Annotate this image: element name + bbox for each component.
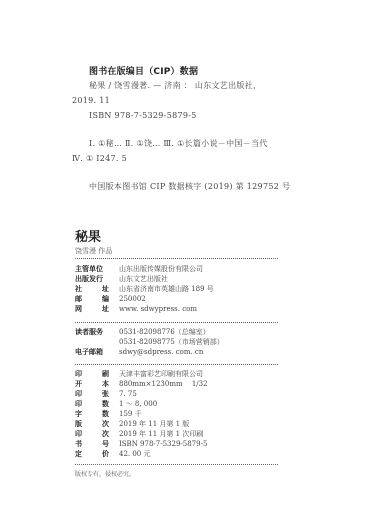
info-value: 250002 xyxy=(119,295,146,304)
info-label: 定价 xyxy=(75,450,109,459)
info-value: 1 ～ 8, 000 xyxy=(119,400,157,409)
info-value: sdwy@sdpress. com. cn xyxy=(119,348,203,357)
divider xyxy=(75,322,278,323)
info-label: 版次 xyxy=(75,420,109,429)
info-label xyxy=(75,338,109,347)
info-value: 天津丰富彩艺印刷有限公司 xyxy=(119,370,203,379)
info-row: 网址 www. sdwypress. com xyxy=(75,305,197,314)
info-label: 读者服务 xyxy=(75,328,109,337)
info-label: 出版发行 xyxy=(75,275,109,284)
info-row: 出版发行 山东文艺出版社 xyxy=(75,275,168,284)
info-row: 版次 2019 年 11 月第 1 版 xyxy=(75,420,189,429)
cip-line-1: 秘果 / 饶雪漫著. — 济南 ： 山东文艺出版社， xyxy=(89,80,261,91)
book-author: 饶雪漫 作品 xyxy=(75,246,112,256)
info-label: 书号 xyxy=(75,440,109,449)
info-value: 山东出版传媒股份有限公司 xyxy=(119,265,203,274)
cip-heading: 图书在版编目（CIP）数据 xyxy=(89,64,198,77)
cip-record-number: 中国版本图书馆 CIP 数据核字 (2019) 第 129752 号 xyxy=(89,181,290,192)
info-value: 2019 年 11 月第 1 版 xyxy=(119,420,189,429)
info-label: 印刷 xyxy=(75,370,109,379)
info-label: 印张 xyxy=(75,390,109,399)
info-row: 印数 1 ～ 8, 000 xyxy=(75,400,157,409)
info-label: 印次 xyxy=(75,430,109,439)
info-value: 0531-82098775（市场营销部） xyxy=(119,338,224,347)
info-row: 印刷 天津丰富彩艺印刷有限公司 xyxy=(75,370,203,379)
info-value: 山东省济南市英雄山路 189 号 xyxy=(119,285,214,294)
info-row: 主管单位 山东出版传媒股份有限公司 xyxy=(75,265,203,274)
info-row: 0531-82098775（市场营销部） xyxy=(75,338,224,347)
info-label: 印数 xyxy=(75,400,109,409)
info-row: 字数 159 千 xyxy=(75,410,142,419)
copyright-notice: 版权专有，侵权必究。 xyxy=(75,469,135,478)
info-row: 电子邮箱 sdwy@sdpress. com. cn xyxy=(75,348,203,357)
info-value: 42. 00 元 xyxy=(119,450,151,459)
divider xyxy=(75,464,278,465)
info-value: 159 千 xyxy=(119,410,142,419)
info-label: 电子邮箱 xyxy=(75,348,109,357)
info-label: 字数 xyxy=(75,410,109,419)
cip-line-2: 2019. 11 xyxy=(72,96,110,105)
book-title: 秘果 xyxy=(75,226,101,245)
info-label: 邮编 xyxy=(75,295,109,304)
info-row: 邮编 250002 xyxy=(75,295,146,304)
info-row: 印张 7. 75 xyxy=(75,390,137,399)
info-label: 开本 xyxy=(75,380,109,389)
info-value: 0531-82098776（总编室） xyxy=(119,328,210,337)
info-row: 读者服务 0531-82098776（总编室） xyxy=(75,328,210,337)
info-label: 网址 xyxy=(75,305,109,314)
cip-classification-1: Ⅰ. ①秘… Ⅱ. ①饶… Ⅲ. ①长篇小说－中国－当代 xyxy=(89,138,268,149)
info-row: 定价 42. 00 元 xyxy=(75,450,151,459)
divider xyxy=(75,364,278,365)
info-row: 开本 880mm×1230mm 1/32 xyxy=(75,380,208,389)
info-value: 7. 75 xyxy=(119,390,137,399)
cip-classification-2: Ⅳ. ① I247. 5 xyxy=(72,154,127,163)
info-value: www. sdwypress. com xyxy=(119,305,197,314)
info-value: ISBN 978-7-5329-5879-5 xyxy=(119,440,207,449)
info-row: 书号 ISBN 978-7-5329-5879-5 xyxy=(75,440,207,449)
divider xyxy=(75,258,278,259)
info-row: 印次 2019 年 11 月第 1 次印刷 xyxy=(75,430,203,439)
info-value: 880mm×1230mm 1/32 xyxy=(119,380,208,389)
info-label: 社址 xyxy=(75,285,109,294)
info-row: 社址 山东省济南市英雄山路 189 号 xyxy=(75,285,214,294)
info-label: 主管单位 xyxy=(75,265,109,274)
info-value: 2019 年 11 月第 1 次印刷 xyxy=(119,430,203,439)
cip-isbn: ISBN 978-7-5329-5879-5 xyxy=(89,111,197,120)
info-value: 山东文艺出版社 xyxy=(119,275,168,284)
